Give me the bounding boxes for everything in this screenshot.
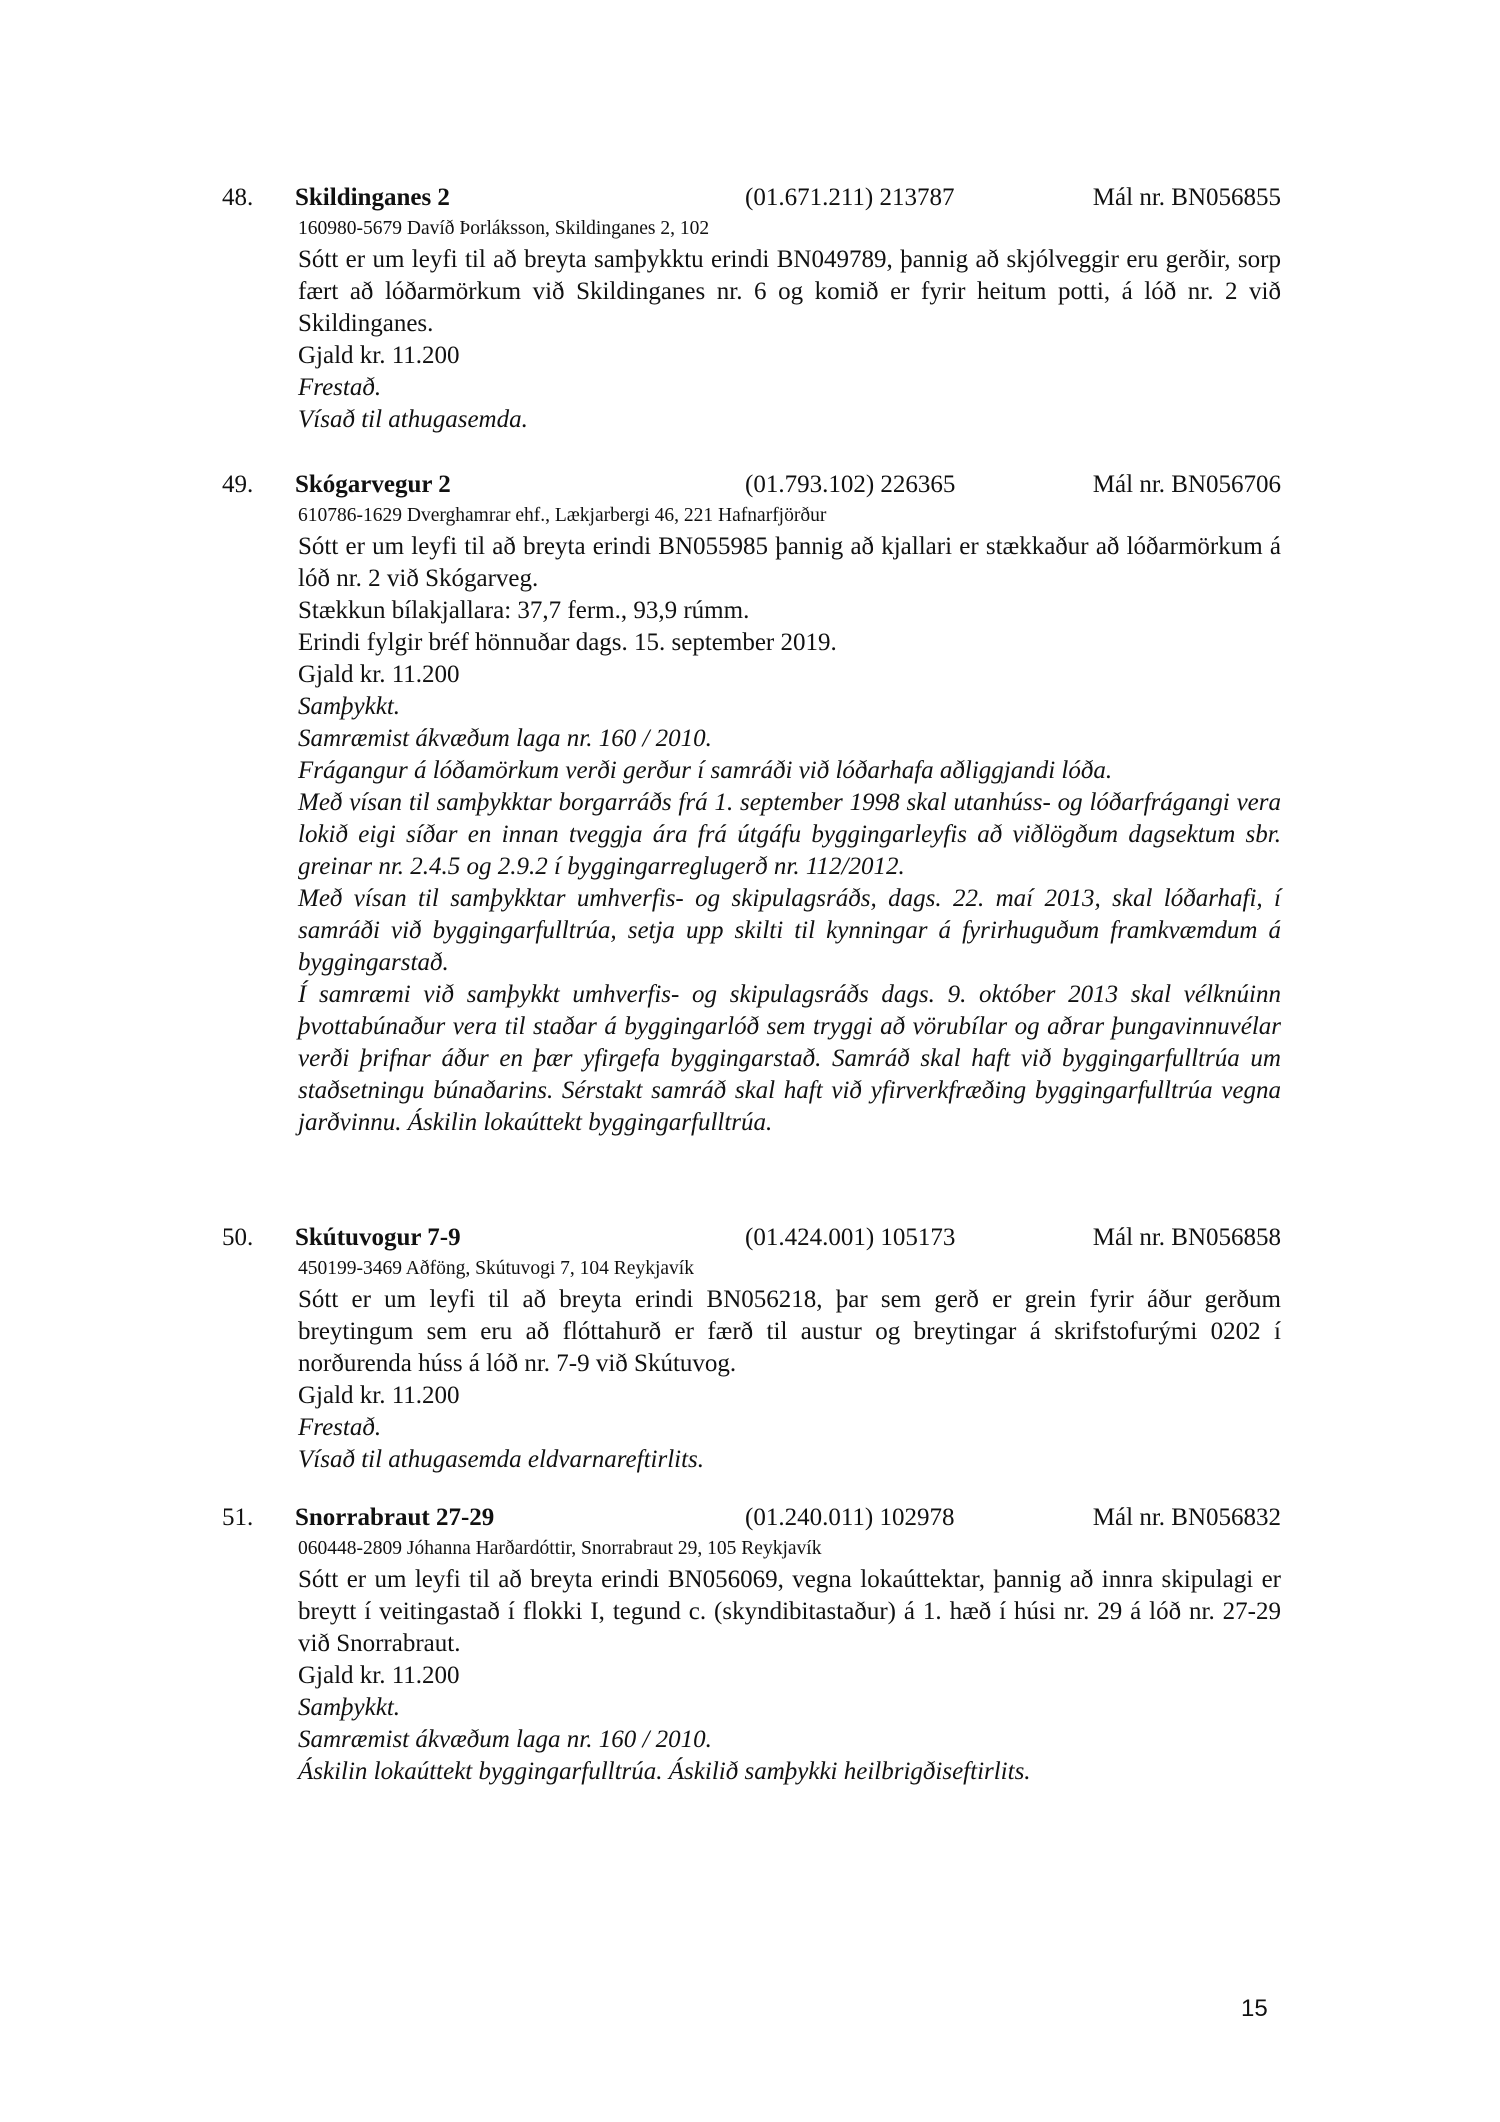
case-item-49: 49. Skógarvegur 2 (01.793.102) 226365 Má… <box>222 469 1281 1139</box>
case-note: Frágangur á lóðamörkum verði gerður í sa… <box>298 755 1281 787</box>
case-decision: Frestað. <box>298 372 1281 404</box>
case-land-number: (01.671.211) 213787 <box>745 182 954 214</box>
case-note: Með vísan til samþykktar borgarráðs frá … <box>298 787 1281 883</box>
case-note: Samræmist ákvæðum laga nr. 160 / 2010. <box>298 1724 1281 1756</box>
case-reference: Mál nr. BN056855 <box>1093 182 1281 214</box>
case-fee: Gjald kr. 11.200 <box>298 1660 1281 1692</box>
case-fee: Gjald kr. 11.200 <box>298 340 1281 372</box>
case-applicant: 450199-3469 Aðföng, Skútuvogi 7, 104 Rey… <box>298 1254 1281 1284</box>
case-body: 610786-1629 Dverghamrar ehf., Lækjarberg… <box>298 501 1281 1139</box>
case-applicant: 160980-5679 Davíð Þorláksson, Skildingan… <box>298 214 1281 244</box>
case-detail: Erindi fylgir bréf hönnuðar dags. 15. se… <box>298 627 1281 659</box>
case-number: 48. <box>222 182 253 214</box>
case-description: Sótt er um leyfi til að breyta erindi BN… <box>298 531 1281 595</box>
case-header: 51. Snorrabraut 27-29 (01.240.011) 10297… <box>222 1502 1281 1534</box>
case-reference: Mál nr. BN056706 <box>1093 469 1281 501</box>
case-fee: Gjald kr. 11.200 <box>298 659 1281 691</box>
case-address: Skútuvogur 7-9 <box>295 1222 461 1254</box>
case-description: Sótt er um leyfi til að breyta samþykktu… <box>298 244 1281 340</box>
case-number: 50. <box>222 1222 253 1254</box>
page-number: 15 <box>1241 1994 1268 2024</box>
case-item-50: 50. Skútuvogur 7-9 (01.424.001) 105173 M… <box>222 1222 1281 1476</box>
case-address: Skógarvegur 2 <box>295 469 451 501</box>
case-detail: Stækkun bílakjallara: 37,7 ferm., 93,9 r… <box>298 595 1281 627</box>
case-body: 450199-3469 Aðföng, Skútuvogi 7, 104 Rey… <box>298 1254 1281 1476</box>
case-number: 51. <box>222 1502 253 1534</box>
case-note: Í samræmi við samþykkt umhverfis- og ski… <box>298 979 1281 1139</box>
case-reference: Mál nr. BN056832 <box>1093 1502 1281 1534</box>
case-address: Snorrabraut 27-29 <box>295 1502 494 1534</box>
case-body: 060448-2809 Jóhanna Harðardóttir, Snorra… <box>298 1534 1281 1788</box>
document-page: 48. Skildinganes 2 (01.671.211) 213787 M… <box>0 0 1500 2122</box>
case-note: Samræmist ákvæðum laga nr. 160 / 2010. <box>298 723 1281 755</box>
case-header: 49. Skógarvegur 2 (01.793.102) 226365 Má… <box>222 469 1281 501</box>
case-land-number: (01.424.001) 105173 <box>745 1222 955 1254</box>
case-note: Vísað til athugasemda eldvarnareftirlits… <box>298 1444 1281 1476</box>
case-decision: Frestað. <box>298 1412 1281 1444</box>
case-body: 160980-5679 Davíð Þorláksson, Skildingan… <box>298 214 1281 436</box>
case-header: 50. Skútuvogur 7-9 (01.424.001) 105173 M… <box>222 1222 1281 1254</box>
case-note: Með vísan til samþykktar umhverfis- og s… <box>298 883 1281 979</box>
case-note: Vísað til athugasemda. <box>298 404 1281 436</box>
case-header: 48. Skildinganes 2 (01.671.211) 213787 M… <box>222 182 1281 214</box>
case-reference: Mál nr. BN056858 <box>1093 1222 1281 1254</box>
case-land-number: (01.793.102) 226365 <box>745 469 955 501</box>
case-number: 49. <box>222 469 253 501</box>
case-item-48: 48. Skildinganes 2 (01.671.211) 213787 M… <box>222 182 1281 436</box>
case-applicant: 060448-2809 Jóhanna Harðardóttir, Snorra… <box>298 1534 1281 1564</box>
case-decision: Samþykkt. <box>298 1692 1281 1724</box>
case-fee: Gjald kr. 11.200 <box>298 1380 1281 1412</box>
case-note: Áskilin lokaúttekt byggingarfulltrúa. Ás… <box>298 1756 1281 1788</box>
case-applicant: 610786-1629 Dverghamrar ehf., Lækjarberg… <box>298 501 1281 531</box>
case-land-number: (01.240.011) 102978 <box>745 1502 954 1534</box>
case-description: Sótt er um leyfi til að breyta erindi BN… <box>298 1564 1281 1660</box>
case-decision: Samþykkt. <box>298 691 1281 723</box>
case-item-51: 51. Snorrabraut 27-29 (01.240.011) 10297… <box>222 1502 1281 1788</box>
case-address: Skildinganes 2 <box>295 182 450 214</box>
case-description: Sótt er um leyfi til að breyta erindi BN… <box>298 1284 1281 1380</box>
